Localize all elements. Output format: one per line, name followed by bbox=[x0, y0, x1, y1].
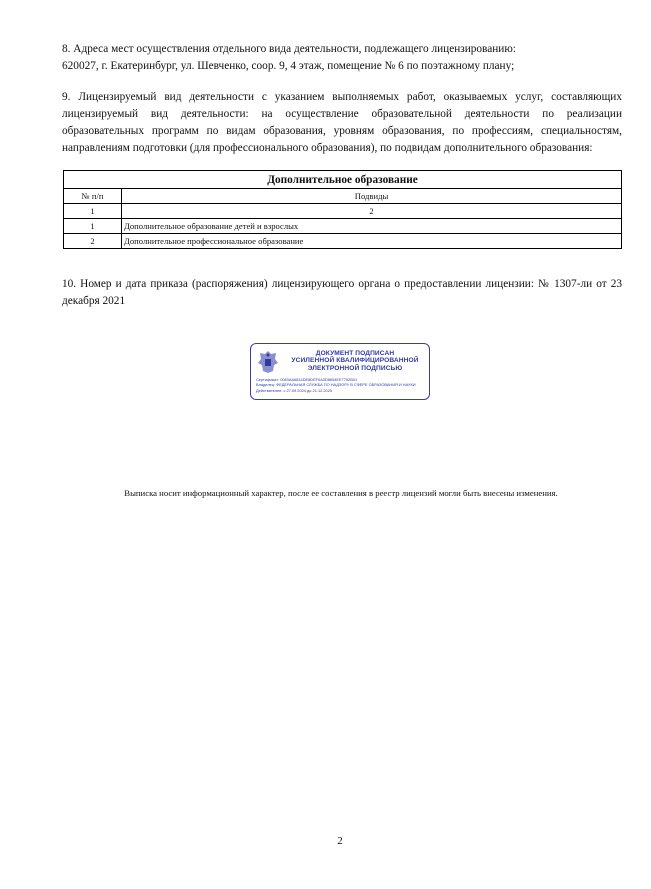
column-number-2: 2 bbox=[122, 204, 622, 219]
row-subtype: Дополнительное образование детей и взрос… bbox=[122, 219, 622, 234]
coat-of-arms-icon bbox=[257, 350, 279, 374]
stamp-validity: Действителен: с 27.09.2024 до 21.12.2025 bbox=[256, 388, 416, 393]
table-title: Дополнительное образование bbox=[64, 171, 622, 189]
section-8-addresses: 8. Адреса мест осуществления отдельного … bbox=[62, 41, 622, 75]
section-8-heading: 8. Адреса мест осуществления отдельного … bbox=[62, 41, 622, 58]
stamp-heading-line-2: УСИЛЕННОЙ КВАЛИФИЦИРОВАННОЙ bbox=[281, 357, 429, 364]
stamp-heading: ДОКУМЕНТ ПОДПИСАН УСИЛЕННОЙ КВАЛИФИЦИРОВ… bbox=[281, 350, 429, 372]
header-number: № п/п bbox=[64, 189, 122, 204]
section-10-order: 10. Номер и дата приказа (распоряжения) … bbox=[62, 276, 622, 310]
row-subtype: Дополнительное профессиональное образова… bbox=[122, 234, 622, 249]
electronic-signature-stamp: ДОКУМЕНТ ПОДПИСАН УСИЛЕННОЙ КВАЛИФИЦИРОВ… bbox=[250, 343, 430, 400]
footnote-disclaimer: Выписка носит информационный характер, п… bbox=[0, 488, 651, 498]
stamp-heading-line-3: ЭЛЕКТРОННОЙ ПОДПИСЬЮ bbox=[281, 365, 429, 372]
header-subtypes: Подвиды bbox=[122, 189, 622, 204]
table-row: 1 Дополнительное образование детей и взр… bbox=[64, 219, 622, 234]
row-number: 2 bbox=[64, 234, 122, 249]
column-number-1: 1 bbox=[64, 204, 122, 219]
stamp-details: Сертификат: 0083A8A814DE8DEF0A3D8654EE77… bbox=[256, 377, 416, 393]
section-9-licensed-activity: 9. Лицензируемый вид деятельности с указ… bbox=[62, 89, 622, 157]
table-title-row: Дополнительное образование bbox=[64, 171, 622, 189]
section-8-address: 620027, г. Екатеринбург, ул. Шевченко, с… bbox=[62, 58, 622, 75]
table-header-row: № п/п Подвиды bbox=[64, 189, 622, 204]
table-row: 2 Дополнительное профессиональное образо… bbox=[64, 234, 622, 249]
page-number: 2 bbox=[330, 835, 350, 847]
row-number: 1 bbox=[64, 219, 122, 234]
table-column-numbers-row: 1 2 bbox=[64, 204, 622, 219]
additional-education-table: Дополнительное образование № п/п Подвиды… bbox=[63, 170, 622, 249]
